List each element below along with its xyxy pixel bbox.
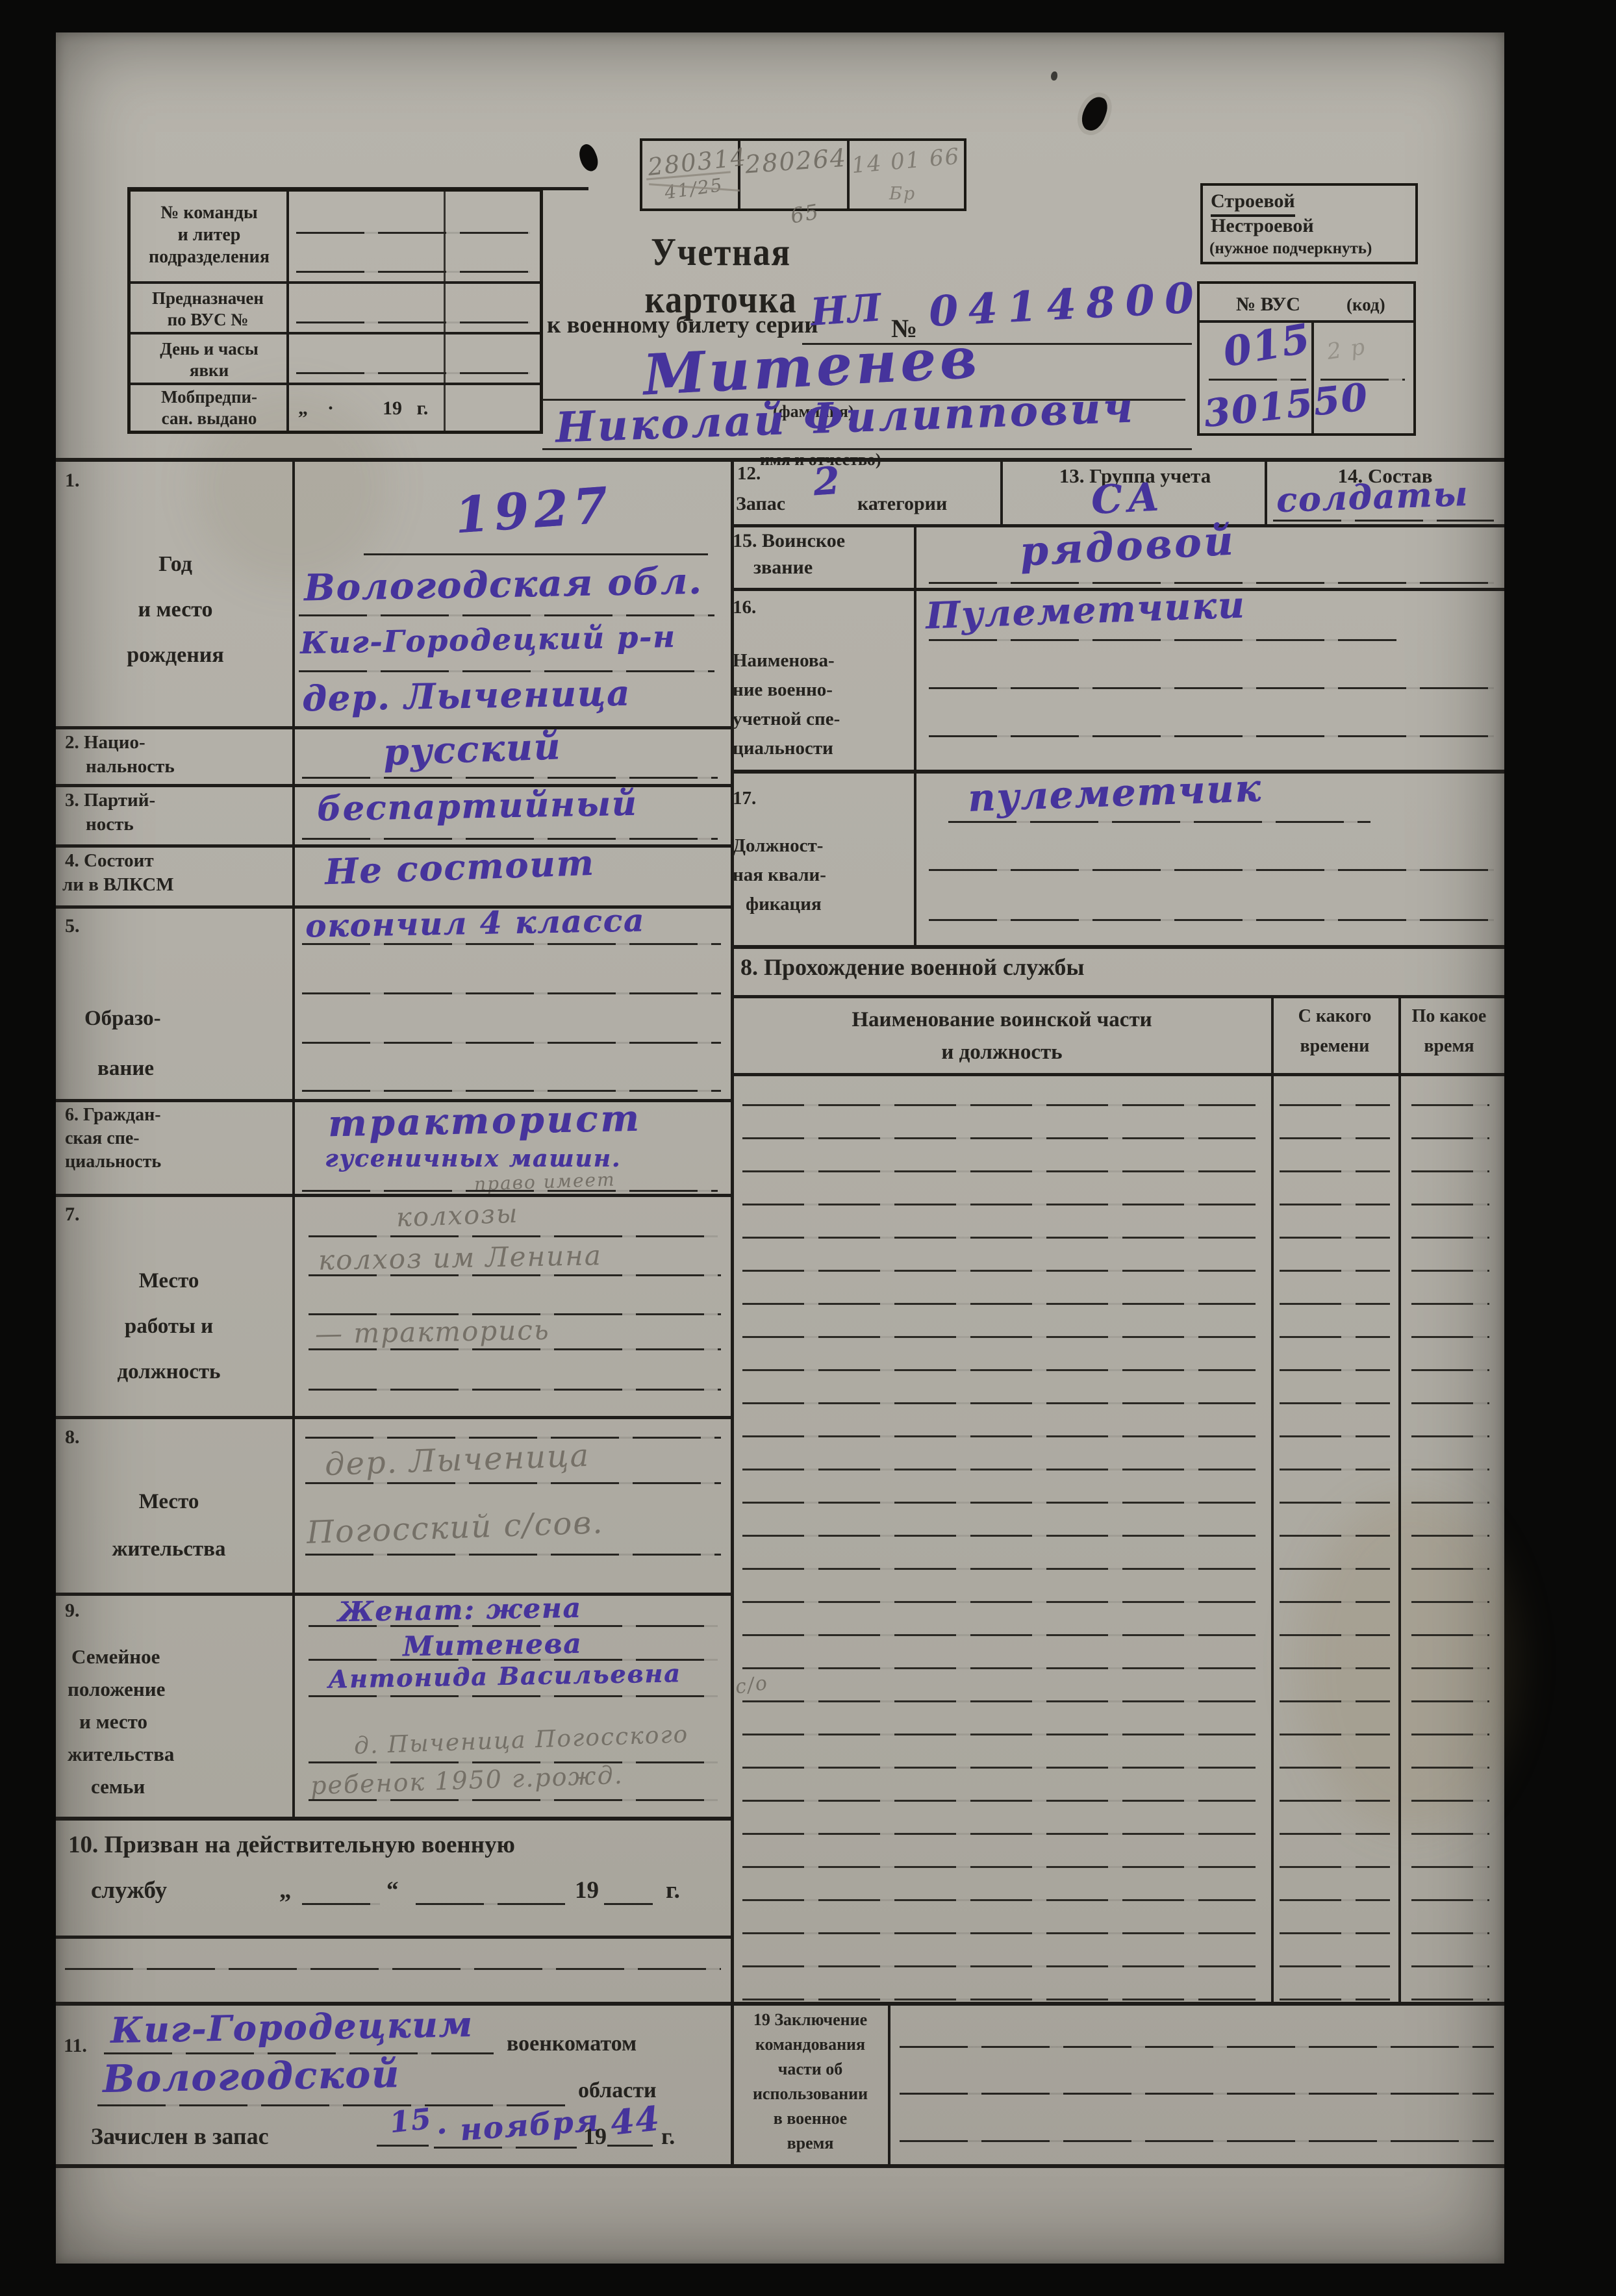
section11-commissariat-handwritten: Киг-Городецким	[110, 2006, 474, 2048]
section4-vlksm-status: Не состоит	[324, 845, 595, 889]
section16-label-line1: Наименова-	[733, 650, 835, 672]
vus-value2-handwritten: 301550	[1202, 378, 1370, 433]
section11-day-handwritten: 15	[388, 2105, 433, 2138]
service-table-row	[731, 1404, 1497, 1437]
service-table-row	[731, 1835, 1497, 1868]
section7-workplace-line2: колхоз им Ленина	[318, 1242, 603, 1274]
section2-label-line2: нальность	[86, 755, 175, 778]
section19-label-line5: в военное	[737, 2108, 883, 2129]
service-table-row	[731, 1470, 1497, 1504]
stamp-number-2: 280264	[744, 145, 848, 177]
service-col1-header-line2: и должность	[737, 1039, 1267, 1065]
combat-line-nestroevoy: Нестроевой	[1211, 214, 1314, 238]
section6-label-line1: 6. Граждан-	[65, 1104, 161, 1126]
service-table-title: 8. Прохождение военной службы	[740, 953, 1084, 982]
service-table-row	[731, 1769, 1497, 1802]
service-table-row	[731, 1371, 1497, 1404]
section11-year-handwritten: 44	[609, 2102, 661, 2141]
section8-residence-line1: дер. Лыченица	[324, 1440, 590, 1480]
photo-of-record-card: { "colors":{"ink":"#46349c","pencil":"#6…	[0, 0, 1616, 2296]
section17-qualification-handwritten: пулеметчик	[967, 769, 1262, 817]
vus-box: № ВУС (код) 015 2 р 301550	[1197, 281, 1416, 436]
section11-g: г.	[661, 2123, 675, 2151]
section9-number: 9.	[65, 1599, 80, 1623]
service-table-row	[731, 1636, 1497, 1669]
section1-label-line2: и место	[84, 596, 266, 623]
combat-line-note: (нужное подчеркнуть)	[1209, 239, 1372, 259]
section9-family-line3: Антонида Васильевна	[328, 1661, 681, 1691]
section10-g: г.	[666, 1876, 680, 1905]
serial-series-handwritten: НЛ	[809, 288, 883, 331]
section16-label-line3: учетной спе-	[733, 708, 840, 731]
service-table-row	[731, 1735, 1497, 1769]
section7-label-line1: Место	[84, 1268, 253, 1294]
stamp-box: 280314 41/25 280264 65 14 01 66 Бр	[640, 138, 966, 211]
section1-birth-region: Вологодская обл.	[304, 563, 703, 607]
section1-label-line3: рождения	[84, 642, 266, 668]
section16-number: 16.	[733, 596, 756, 619]
section15-label-line2: звание	[753, 556, 813, 580]
section11-voenkomatom: военкоматом	[507, 2030, 637, 2057]
admin-row3-label: День и часы явки	[133, 338, 285, 381]
service-table-row	[731, 1537, 1497, 1570]
service-col3-header-line1: По какое	[1400, 1005, 1498, 1028]
section11-oblast-handwritten: Вологодской	[103, 2055, 401, 2098]
section13-group-handwritten: СА	[1091, 477, 1166, 520]
section15-label-line1: 15. Воинское	[733, 529, 845, 553]
section19-label-line2: командования	[737, 2034, 883, 2055]
left-label-divider	[292, 458, 295, 1817]
section17-number: 17.	[733, 787, 756, 810]
section15-rank-handwritten: рядовой	[1019, 520, 1237, 572]
service-table-row	[731, 1802, 1497, 1835]
admin-row2-label: Предназначен по ВУС №	[131, 288, 285, 331]
vus-header: № ВУС	[1236, 293, 1300, 317]
section9-label-line1: Семейное	[71, 1645, 160, 1669]
service-table-rows	[731, 1073, 1497, 2002]
section16-specialty-handwritten: Пулеметчики	[925, 587, 1246, 634]
service-table-row	[731, 1205, 1497, 1239]
section19-label-line4: использовании	[737, 2084, 883, 2104]
section10-line1: 10. Призван на действительную военную	[68, 1830, 515, 1860]
section19-label-line6: время	[737, 2133, 883, 2154]
stamp-number-2-sub: 65	[789, 201, 822, 226]
service-table-row	[731, 1934, 1497, 1967]
section8-number: 8.	[65, 1426, 80, 1450]
section3-label-line2: ность	[86, 813, 134, 836]
admin-row4-value: „ · 19 г.	[298, 397, 428, 421]
section8-label-line1: Место	[84, 1489, 253, 1515]
section6-civil-specialty-line2: гусеничных машин.	[325, 1147, 621, 1170]
section7-label-line2: работы и	[84, 1313, 253, 1339]
section11-zachislen: Зачислен в запас	[91, 2123, 269, 2151]
section7-position: — тракторись	[315, 1317, 550, 1348]
section2-label-line1: 2. Нацио-	[65, 731, 145, 754]
section9-label-line3: и место	[79, 1709, 147, 1734]
section5-number: 5.	[65, 915, 80, 939]
section6-civil-specialty-line1: тракторист	[328, 1100, 642, 1142]
section11-number: 11.	[64, 2034, 87, 2058]
service-table-row	[731, 1239, 1497, 1272]
section1-birth-year: 1927	[453, 481, 614, 541]
section1-birth-district: Киг-Городецкий р-н	[300, 622, 676, 658]
service-table-row	[731, 1437, 1497, 1470]
section7-label-line3: должность	[84, 1359, 253, 1385]
service-table-row	[731, 1504, 1497, 1537]
section5-label-line1: Образо-	[84, 1005, 161, 1031]
service-table-row	[731, 1901, 1497, 1934]
service-table-row	[731, 1106, 1497, 1139]
service-table-row	[731, 1669, 1497, 1702]
vus-code-pencil: 2 р	[1326, 336, 1367, 363]
section12-kategorii: категории	[857, 492, 947, 516]
section1-birth-village: дер. Лыченица	[302, 675, 631, 716]
stamp-number-3-sub: Бр	[889, 185, 916, 203]
section17-label-line2: ная квали-	[733, 864, 826, 887]
service-table-row	[731, 1570, 1497, 1603]
section9-label-line4: жительства	[68, 1742, 174, 1767]
service-col2-header-line2: времени	[1273, 1035, 1396, 1057]
section9-label-line5: семьи	[91, 1774, 145, 1799]
section17-label-line1: Должност-	[733, 835, 823, 857]
section6-label-line2: ская спе-	[65, 1128, 140, 1150]
section10-word-sluzhbu: службу	[91, 1876, 167, 1905]
section3-party-status: беспартийный	[317, 787, 638, 827]
body-top-rule	[56, 458, 1504, 462]
service-table-row	[731, 1073, 1497, 1106]
section19-label-line1: 19 Заключение	[737, 2010, 883, 2030]
service-col1-header-line1: Наименование воинской части	[737, 1007, 1267, 1033]
vus-code-label: (код)	[1346, 294, 1385, 316]
section17-label-line3: фикация	[746, 893, 822, 916]
combat-line-stroevoy: Строевой	[1211, 190, 1295, 217]
section16-label-line4: циальности	[733, 737, 833, 760]
section12-zapas: Запас	[736, 492, 785, 516]
admin-box: № команды и литер подразделения Предназн…	[127, 188, 543, 434]
service-table-row	[731, 1702, 1497, 1735]
service-col3-header-line2: время	[1400, 1035, 1498, 1057]
section9-family-line2: Митенева	[403, 1630, 583, 1661]
service-table-row	[731, 1868, 1497, 1901]
section2-nationality: русский	[383, 728, 562, 771]
section1-number: 1.	[65, 469, 80, 493]
service-table-row	[731, 1603, 1497, 1636]
section10-quote-close: “	[386, 1876, 399, 1905]
service-table-row	[731, 1338, 1497, 1371]
section12-number: 12.	[737, 462, 761, 485]
section11-year-19: 19	[583, 2123, 607, 2151]
section7-workplace-line1: колхозы	[396, 1201, 519, 1231]
section8-label-line2: жительства	[71, 1536, 266, 1562]
section16-label-line2: ние военно-	[733, 679, 833, 701]
section6-label-line3: циальность	[65, 1151, 161, 1173]
section19-label-line3: части об	[737, 2059, 883, 2080]
section9-family-line1: Женат: жена	[338, 1595, 582, 1626]
section9-label-line2: положение	[68, 1677, 165, 1702]
service-table-row	[731, 1305, 1497, 1338]
section8-residence-line2: Погосский с/сов.	[306, 1507, 604, 1548]
service-table-row	[731, 1139, 1497, 1172]
section19-divider	[888, 2002, 890, 2164]
service-table-row	[731, 1272, 1497, 1305]
section5-label-line2: вание	[97, 1055, 154, 1081]
section12-category-handwritten: 2	[812, 462, 842, 501]
section10-year-19: 19	[575, 1876, 599, 1905]
section7-number: 7.	[65, 1203, 80, 1227]
section3-label-line1: 3. Партий-	[65, 789, 155, 812]
vus-value-handwritten: 015	[1220, 318, 1314, 373]
service-table-row	[731, 1172, 1497, 1205]
stamp-number-3: 14 01 66	[851, 145, 961, 177]
section4-label-line2: ли в ВЛКСМ	[62, 874, 174, 896]
section5-education: окончил 4 класса	[305, 905, 646, 942]
service-col2-header-line1: С какого	[1273, 1005, 1396, 1028]
section1-label-line1: Год	[84, 551, 266, 577]
service-table-row	[731, 1967, 1497, 2000]
section10-quote-open: „	[279, 1876, 292, 1905]
admin-row1-label: № команды и литер подразделения	[133, 202, 285, 268]
combat-category-box: Строевой Нестроевой (нужное подчеркнуть)	[1200, 183, 1418, 264]
section14-composition-handwritten: солдаты	[1276, 477, 1469, 518]
admin-row4-label: Мобпредпи- сан. выдано	[133, 386, 285, 429]
section4-label-line1: 4. Состоит	[65, 850, 154, 872]
